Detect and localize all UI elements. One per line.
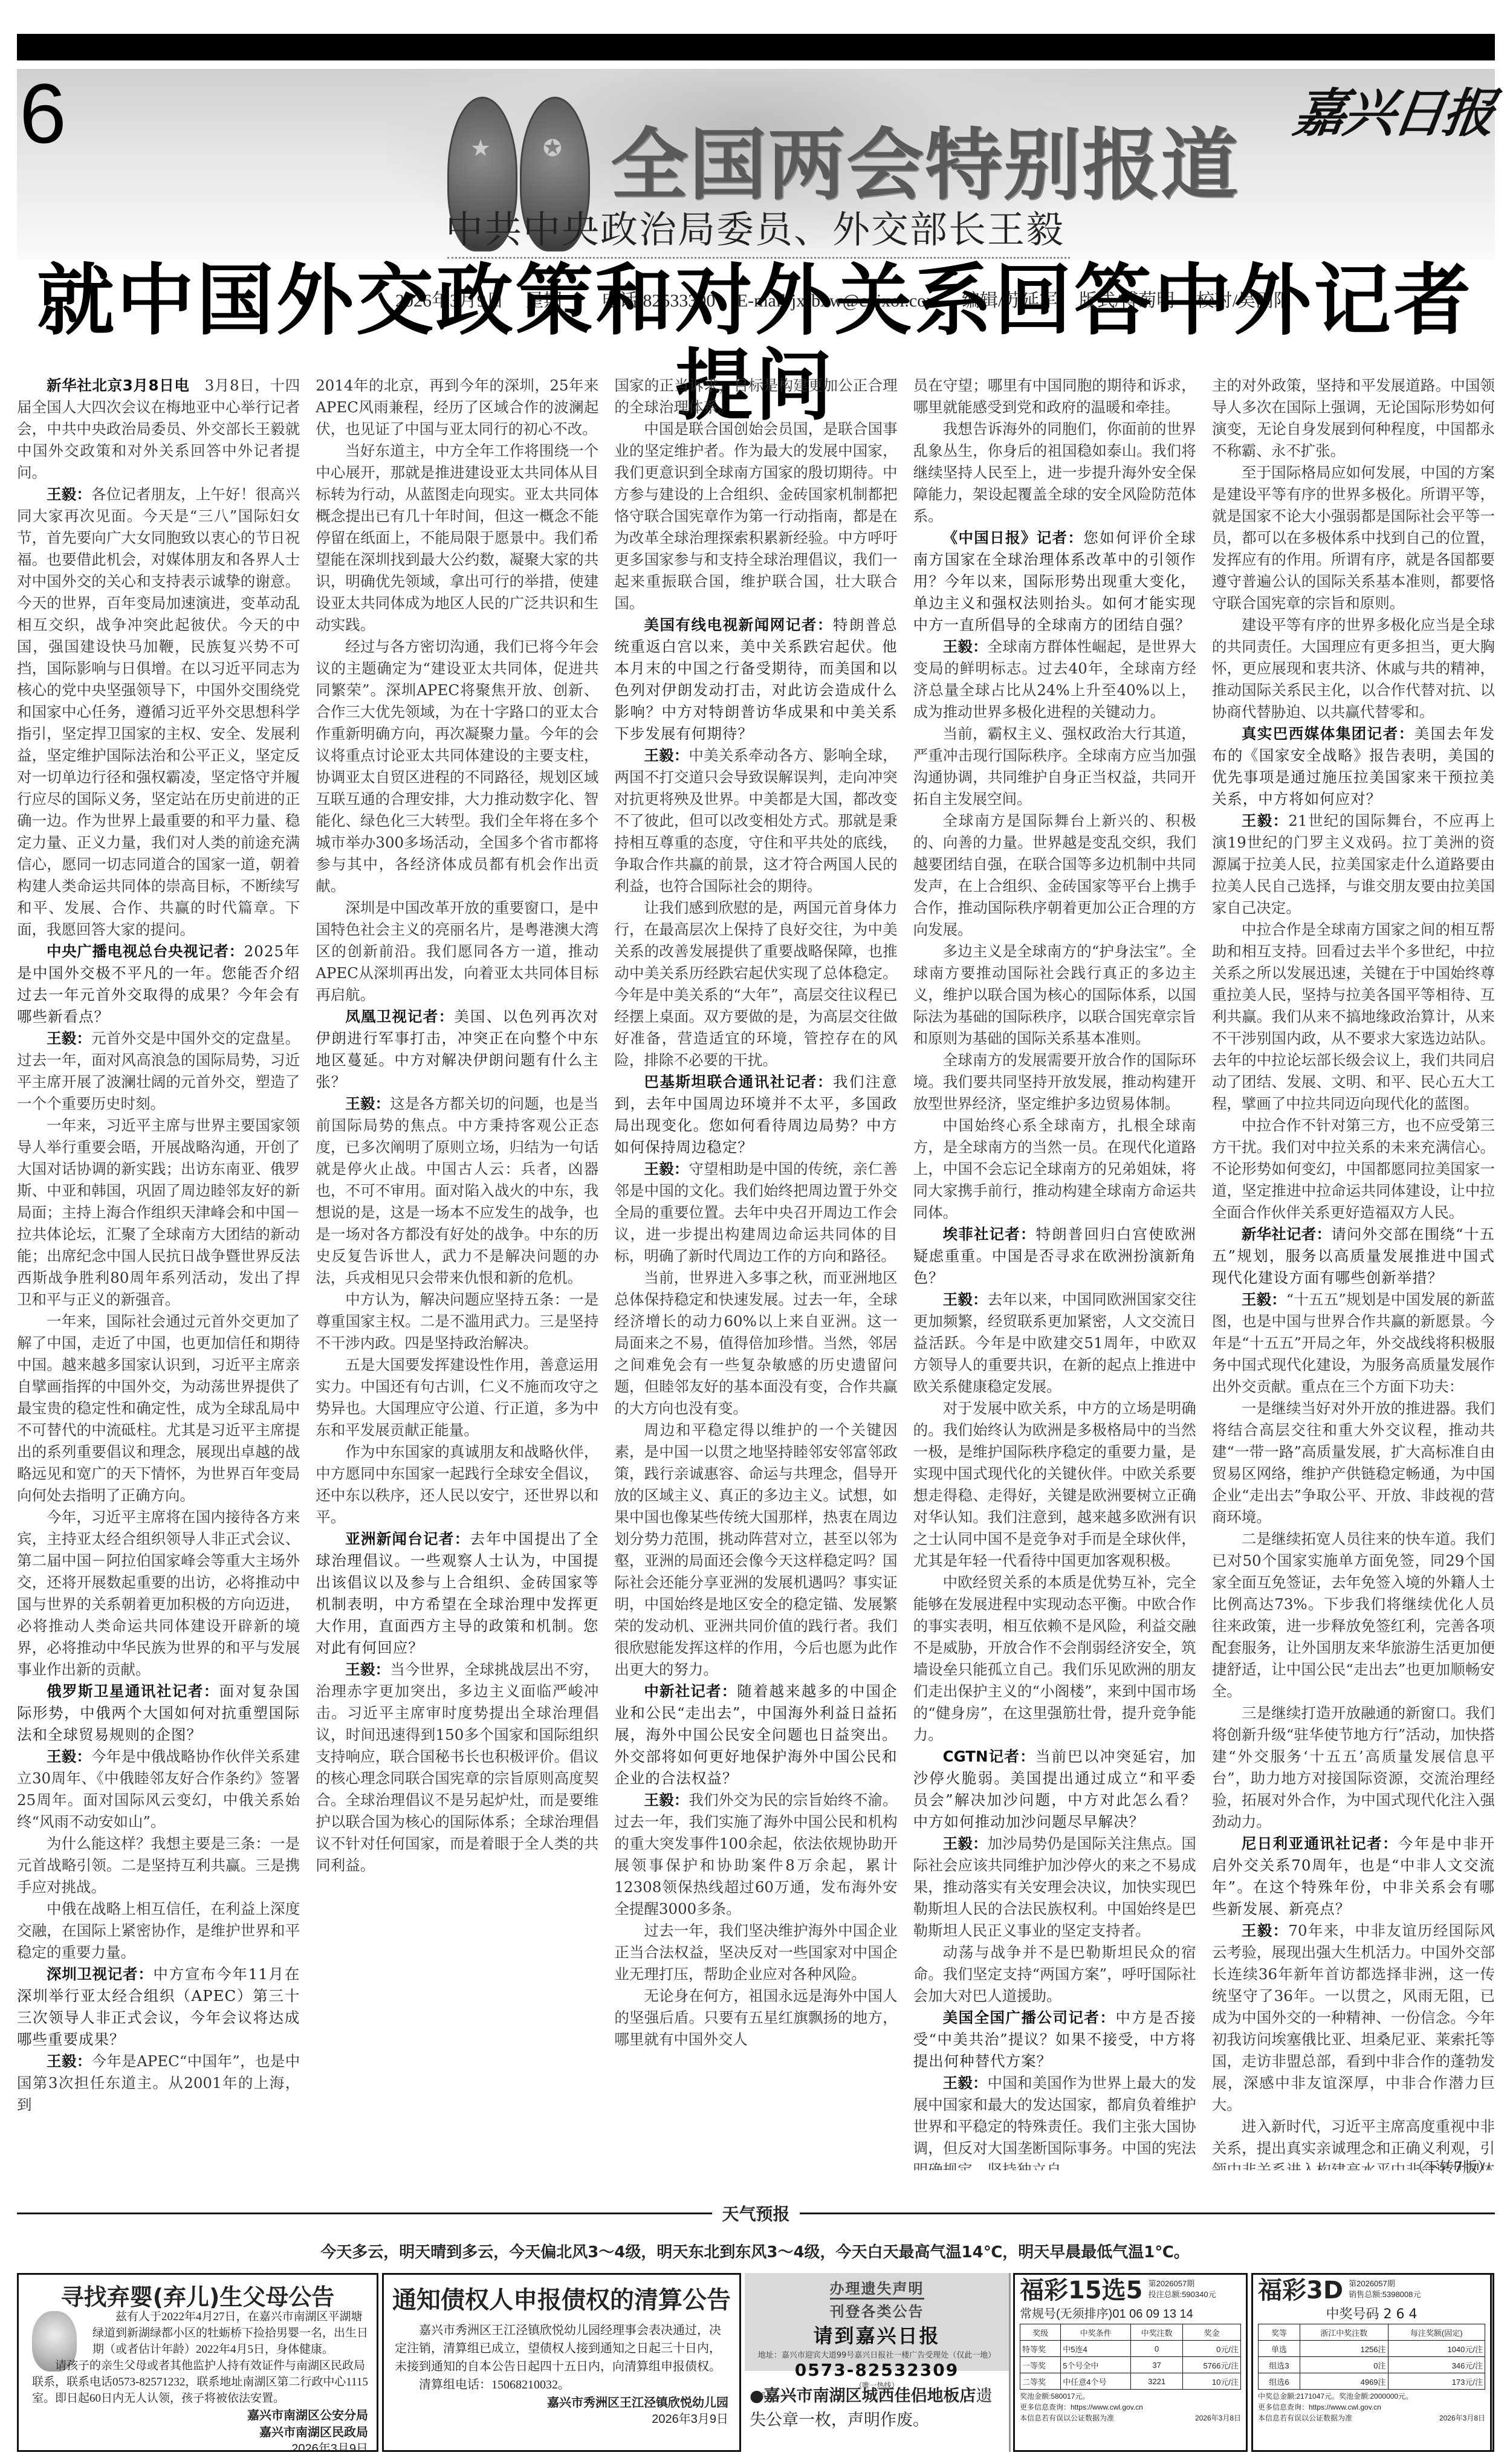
article-paragraph: 王毅：今年是APEC“中国年”，也是中国第3次担任东道主。从2001年的上海，到 bbox=[17, 2051, 300, 2116]
speaker-lead: 新华社记者： bbox=[1242, 1225, 1331, 1243]
winning-numbers: 01 06 09 13 14 bbox=[1112, 2307, 1193, 2321]
paragraph-text: 当今世界，全球挑战层出不穷，治理赤字更加突出，多边主义面临严峻冲击。习近平主席审… bbox=[316, 1661, 598, 1874]
article-paragraph: 王毅：我们外交为民的宗旨始终不渝。过去一年，我们实施了海外中国公民和机构的重大突… bbox=[614, 1789, 897, 1920]
article-body: 新华社北京3月8日电 3月8日，十四届全国人大四次会议在梅地亚中心举行记者会，中… bbox=[17, 375, 1495, 2170]
article-paragraph: 三是继续打造开放融通的新窗口。我们将创新升级“驻华使节地方行”活动，加快搭建“外… bbox=[1212, 1702, 1495, 1833]
article-paragraph: 我想告诉海外的同胞们，你面前的世界乱象丛生，你身后的祖国稳如泰山。我们将继续坚持… bbox=[913, 418, 1196, 527]
article-paragraph: 王毅：当今世界，全球挑战层出不穷，治理赤字更加突出，多边主义面临严峻冲击。习近平… bbox=[316, 1659, 598, 1876]
table-row: 二等奖中任意4个号322110元/注 bbox=[1020, 2373, 1241, 2390]
reporter-question: 埃菲社记者：特朗普回归白宫使欧洲疑虑重重。中国是否寻求在欧洲扮演新角色？ bbox=[913, 1224, 1196, 1289]
disclaimer: 本信息若有误以公证数据为准 bbox=[1020, 2413, 1114, 2423]
paragraph-text: 二是继续拓宽人员往来的快车道。我们已对50个国家实施单方面免签，同29个国家全面… bbox=[1212, 1530, 1495, 1700]
article-paragraph: 王毅：加沙局势仍是国际关注焦点。国际社会应该共同维护加沙停火的来之不易成果，推动… bbox=[913, 1833, 1196, 1942]
reporter-question: 中央广播电视总台央视记者：2025年是中国外交极不平凡的一年。您能否介绍过去一年… bbox=[17, 941, 300, 1028]
article-paragraph: 二是继续拓宽人员往来的快车道。我们已对50个国家实施单方面免签，同29个国家全面… bbox=[1212, 1528, 1495, 1702]
signer: 嘉兴市南湖区公安分局 bbox=[32, 2407, 368, 2423]
speaker-lead: 王毅： bbox=[943, 2074, 988, 2092]
article-paragraph: 中国是联合国创始会员国，是联合国事业的坚定维护者。作为最大的发展中国家，我们更意… bbox=[614, 418, 897, 614]
speaker-lead: 王毅： bbox=[943, 1835, 988, 1852]
notice-title: 寻找弃婴(弃儿)生父母公告 bbox=[19, 2278, 377, 2312]
article-paragraph: 员在守望；哪里有中国同胞的期待和诉求，哪里就能感受到党和政府的温暖和牵挂。 bbox=[913, 375, 1196, 418]
newspaper-ad-column: 办理遗失声明 刊登各类公告 请到嘉兴日报 地址：嘉兴市迎宾大道99号嘉兴日报社一… bbox=[745, 2273, 1011, 2452]
reporter-question: 中新社记者：随着越来越多的中国企业和公民“走出去”，中国海外利益日益拓展，海外中… bbox=[614, 1681, 897, 1789]
article-paragraph: 深圳是中国改革开放的重要窗口，是中国特色社会主义的亮丽名片，是粤港澳大湾区的创新… bbox=[316, 897, 598, 1006]
article-paragraph: 一年来，国际社会通过元首外交更加了解了中国，走近了中国，也更加信任和期待中国。越… bbox=[17, 1311, 300, 1506]
notice-title: 通知债权人申报债权的清算公告 bbox=[384, 2281, 739, 2315]
article-paragraph: 王毅：去年以来，中国同欧洲国家交往更加频繁，经贸联系更加紧密，人文交流日益活跃。… bbox=[913, 1289, 1196, 1398]
divider bbox=[800, 2213, 1495, 2214]
col-header: 中奖注数 bbox=[1130, 2324, 1182, 2341]
paragraph-text: 作为中东国家的真诚朋友和战略伙伴，中方愿同中东国家一起践行全球安全倡议，还中东以… bbox=[316, 1443, 598, 1526]
article-column-3: 国家的正当诉求，目标是构建更加公正合理的全球治理体系。中国是联合国创始会员国，是… bbox=[614, 375, 897, 2170]
foundling-notice: 寻找弃婴(弃儿)生父母公告 兹有人于2022年4月27日，在嘉兴市南湖区平湖塘绿… bbox=[17, 2273, 378, 2452]
reporter-question: 尼日利亚通讯社记者：今年是中非开启外交关系70周年，也是“中非人文交流年”。在这… bbox=[1212, 1833, 1495, 1920]
speaker-lead: 王毅： bbox=[1242, 1922, 1289, 1939]
article-paragraph: 过去一年，我们坚决维护海外中国企业正当合法权益，坚决反对一些国家对中国企业无理打… bbox=[614, 1920, 897, 1985]
speaker-lead: 中央广播电视总台央视记者： bbox=[47, 942, 244, 960]
lottery-15x5: 福彩15选5 第2026057期投注总额:590340元 常规号(无须排序)01… bbox=[1013, 2273, 1248, 2452]
article-column-1: 新华社北京3月8日电 3月8日，十四届全国人大四次会议在梅地亚中心举行记者会，中… bbox=[17, 375, 300, 2170]
article-paragraph: 当前，霸权主义、强权政治大行其道，严重冲击现行国际秩序。全球南方应当加强沟通协调… bbox=[913, 723, 1196, 810]
article-paragraph: 当好东道主，中方全年工作将围绕一个中心展开，那就是推进建设亚太共同体从目标转为行… bbox=[316, 440, 598, 636]
reporter-question: CGTN记者：当前巴以冲突延宕，加沙停火脆弱。美国提出通过成立“和平委员会”解决… bbox=[913, 1746, 1196, 1833]
speaker-lead: 埃菲社记者： bbox=[943, 1225, 1036, 1243]
notice-phone: 清算组电话：15068210032。 bbox=[395, 2376, 728, 2394]
paragraph-text: 全球南方是国际舞台上新兴的、积极的、向善的力量。世界越是变乱交织，我们越要团结自… bbox=[913, 812, 1196, 938]
speaker-lead: 真实巴西媒体集团记者： bbox=[1242, 725, 1414, 742]
prize-totals: 中奖总金额:2171047元。奖池金额:2000000元。 bbox=[1258, 2391, 1485, 2402]
article-paragraph: 王毅：70年来，中非友谊历经国际风云考验，展现出强大生机活力。中国外交部长连续3… bbox=[1212, 1920, 1495, 2116]
article-paragraph: 至于国际格局应如何发展，中国的方案是建设平等有序的世界多极化。所谓平等，就是国家… bbox=[1212, 462, 1495, 614]
article-paragraph: 中俄在战略上相互信任，在利益上深度交融，在国际上紧密协作，是维护世界和平稳定的重… bbox=[17, 1898, 300, 1963]
speaker-lead: 王毅： bbox=[47, 1029, 91, 1047]
top-black-bar bbox=[17, 34, 1495, 60]
notice-body: 兹有人于2022年4月27日，在嘉兴市南湖区平湖塘绿道到新湖绿都小区的牡蛎桥下捡… bbox=[32, 2309, 368, 2358]
article-kicker: 中共中央政治局委员、外交部长王毅 bbox=[0, 199, 1510, 253]
prize-table: 奖等浙江中奖注数每注奖额(固定)单选1256注1040元/注组选30注346元/… bbox=[1258, 2324, 1485, 2390]
section-title: 全国两会特别报道 bbox=[611, 127, 1239, 204]
paragraph-text: 今年，习近平主席将在国内接待各方来宾，主持亚太经合组织领导人非正式会议、第二届中… bbox=[17, 1508, 300, 1678]
article-paragraph: 动荡与战争并不是巴勒斯坦民众的宿命。我们坚定支持“两国方案”，呼吁国际社会加大对… bbox=[913, 1942, 1196, 2007]
article-paragraph: 中拉合作不针对第三方，也不应受第三方干扰。我们对中拉关系的未来充满信心。不论形势… bbox=[1212, 1115, 1495, 1224]
article-paragraph: 当前，世界进入多事之秋，而亚洲地区总体保持稳定和快速发展。过去一年，全球经济增长… bbox=[614, 1267, 897, 1419]
article-paragraph: 多边主义是全球南方的“护身法宝”。全球南方要推动国际社会践行真正的多边主义，维护… bbox=[913, 941, 1196, 1049]
article-paragraph: 全球南方是国际舞台上新兴的、积极的、向善的力量。世界越是变乱交织，我们越要团结自… bbox=[913, 810, 1196, 941]
article-paragraph: 王毅：中美关系牵动各方、影响全球，两国不打交道只会导致误解误判，走向冲突对抗更将… bbox=[614, 745, 897, 897]
paragraph-text: 2014年的北京，再到今年的深圳，25年来APEC风雨兼程，经历了区域合作的波澜… bbox=[316, 377, 598, 438]
article-paragraph: 一年来，习近平主席与世界主要国家领导人举行重要会晤，开展战略沟通，开创了大国对话… bbox=[17, 1115, 300, 1311]
newspaper-ad: 办理遗失声明 刊登各类公告 请到嘉兴日报 地址：嘉兴市迎宾大道99号嘉兴日报社一… bbox=[745, 2273, 1009, 2371]
win-label: 中奖号码 bbox=[1326, 2307, 1379, 2322]
speaker-lead: 新华社北京3月8日电 bbox=[47, 377, 190, 394]
col-header: 奖等 bbox=[1259, 2324, 1300, 2341]
prize-table: 奖级中奖条件中奖注数奖金 特等奖中5连400元/注 一等奖5个号全中375766… bbox=[1020, 2324, 1241, 2390]
article-paragraph: 中欧经贸关系的本质是优势互补，完全能够在发展进程中实现动态平衡。中欧合作的事实表… bbox=[913, 1572, 1196, 1746]
reporter-question: 《中国日报》记者：您如何评价全球南方国家在全球治理体系改革中的引领作用？今年以来… bbox=[913, 527, 1196, 636]
lottery-sales: 投注总额:590340元 bbox=[1149, 2289, 1216, 2300]
paragraph-text: 过去一年，我们坚决维护海外中国企业正当合法权益，坚决反对一些国家对中国企业无理打… bbox=[614, 1922, 897, 1983]
paragraph-text: 中欧经贸关系的本质是优势互补，完全能够在发展进程中实现动态平衡。中欧合作的事实表… bbox=[913, 1574, 1196, 1743]
weather-header: 天气预报 bbox=[17, 2203, 1495, 2222]
paragraph-text: 70年来，中非友谊历经国际风云考验，展现出强大生机活力。中国外交部长连续36年新… bbox=[1212, 1922, 1495, 2113]
table-row: 组选30注346元/注 bbox=[1259, 2357, 1485, 2373]
article-paragraph: 中方认为，解决问题应坚持五条：一是尊重国家主权。二是不滥用武力。三是坚持不干涉内… bbox=[316, 1289, 598, 1354]
article-paragraph: 王毅：中国和美国作为世界上最大的发展中国家和最大的发达国家，都肩负着维护世界和平… bbox=[913, 2072, 1196, 2170]
table-row: 特等奖中5连400元/注 bbox=[1020, 2341, 1241, 2357]
newspaper-logo: 嘉兴日报 bbox=[1289, 71, 1498, 146]
article-paragraph: 全球南方的发展需要开放合作的国际环境。我们要共同坚持开放发展，推动构建开放型世界… bbox=[913, 1049, 1196, 1115]
paragraph-text: 中国是联合国创始会员国，是联合国事业的坚定维护者。作为最大的发展中国家，我们更意… bbox=[614, 420, 897, 612]
paragraph-text: 中美关系牵动各方、影响全球，两国不打交道只会导致误解误判，走向冲突对抗更将殃及世… bbox=[614, 747, 897, 895]
article-paragraph: 王毅：各位记者朋友，上午好！很高兴同大家再次见面。今天是“三八”国际妇女节，首先… bbox=[17, 484, 300, 941]
speaker-lead: 王毅： bbox=[1242, 812, 1289, 829]
paragraph-text: 这是各方都关切的问题，也是当前国际局势的焦点。中方秉持客观公正态度，已多次阐明了… bbox=[316, 1095, 598, 1286]
draw-date: 2026年3月8日 bbox=[1195, 2413, 1241, 2423]
ad-address: 地址：嘉兴市迎宾大道99号嘉兴日报社一楼广告受理处（仅此一地） bbox=[752, 2349, 1002, 2360]
article-column-4: 员在守望；哪里有中国同胞的期待和诉求，哪里就能感受到党和政府的温暖和牵挂。我想告… bbox=[913, 375, 1196, 2170]
speaker-lead: 王毅： bbox=[47, 485, 91, 503]
ad-line: 刊登各类公告 bbox=[830, 2298, 924, 2321]
table-row: 组选64969注173元/注 bbox=[1259, 2373, 1485, 2390]
paragraph-text: 中俄在战略上相互信任，在利益上深度交融，在国际上紧密协作，是维护世界和平稳定的重… bbox=[17, 1900, 300, 1961]
lottery-title: 福彩3D bbox=[1258, 2278, 1343, 2303]
article-column-2: 2014年的北京，再到今年的深圳，25年来APEC风雨兼程，经历了区域合作的波澜… bbox=[316, 375, 598, 2170]
notice-date: 2026年3月9日 bbox=[32, 2440, 368, 2452]
speaker-lead: 王毅： bbox=[47, 1748, 91, 1765]
paragraph-text: 建设平等有序的世界多极化应当是全球的共同责任。大国理应有更多担当，更大胸怀，更应… bbox=[1212, 616, 1495, 721]
paragraph-text: 中拉合作不针对第三方，也不应受第三方干扰。我们对中拉关系的未来充满信心。不论形势… bbox=[1212, 1117, 1495, 1221]
paragraph-text: 中拉合作是全球南方国家之间的相互帮助和相互支持。回看过去半个多世纪，中拉关系之所… bbox=[1212, 921, 1495, 1112]
reporter-question: 俄罗斯卫星通讯社记者：面对复杂国际形势，中俄两个大国如何对抗重塑国际法和全球贸易… bbox=[17, 1681, 300, 1746]
article-paragraph: 2014年的北京，再到今年的深圳，25年来APEC风雨兼程，经历了区域合作的波澜… bbox=[316, 375, 598, 440]
paragraph-text: 周边和平稳定得以维护的一个关键因素，是中国一以贯之地坚持睦邻安邻富邻政策，践行亲… bbox=[614, 1421, 897, 1678]
article-paragraph: 王毅：今年是中俄战略协作伙伴关系建立30周年、《中俄睦邻友好合作条约》签署25周… bbox=[17, 1746, 300, 1833]
paragraph-text: 特朗普总统重返白宫以来，美中关系跌宕起伏。他本月末的中国之行备受期待，而美国和以… bbox=[614, 616, 897, 742]
reporter-question: 亚洲新闻台记者：去年中国提出了全球治理倡议。一些观察人士认为，中国提出该倡议以及… bbox=[316, 1528, 598, 1659]
reporter-question: 新华社记者：请问外交部在围绕“十五五”规划，服务以高质量发展推进中国式现代化建设… bbox=[1212, 1224, 1495, 1289]
article-paragraph: 五是大国要发挥建设性作用，善意运用实力。中国还有句古训，仁义不施而攻守之势异也。… bbox=[316, 1354, 598, 1441]
paragraph-text: 一年来，国际社会通过元首外交更加了解了中国，走近了中国，也更加信任和期待中国。越… bbox=[17, 1312, 300, 1504]
more-info-link: 更多信息查询：https://www.cwl.gov.cn bbox=[1020, 2402, 1241, 2413]
article-paragraph: 中国始终心系全球南方，扎根全球南方，是全球南方的当然一员。在现代化道路上，中国不… bbox=[913, 1115, 1196, 1224]
lottery-sales: 销售总额:5398008元 bbox=[1349, 2289, 1421, 2300]
lottery-issue: 第2026057期 bbox=[1149, 2278, 1216, 2289]
weather-forecast: 今天多云，明天晴到多云，今天偏北风3～4级，明天东北到东风3～4级，今天白天最高… bbox=[0, 2240, 1510, 2262]
paragraph-text: 当好东道主，中方全年工作将围绕一个中心展开，那就是推进建设亚太共同体从目标转为行… bbox=[316, 442, 598, 634]
paragraph-text: 去年中国提出了全球治理倡议。一些观察人士认为，中国提出该倡议以及参与上合组织、金… bbox=[316, 1530, 598, 1656]
speaker-lead: 王毅： bbox=[644, 1160, 689, 1178]
col-header: 奖金 bbox=[1183, 2324, 1241, 2341]
article-paragraph: 为什么能这样？我想主要是三条：一是元首战略引领。二是坚持互利共赢。三是携手应对挑… bbox=[17, 1833, 300, 1898]
paragraph-text: 动荡与战争并不是巴勒斯坦民众的宿命。我们坚定支持“两国方案”，呼吁国际社会加大对… bbox=[913, 1944, 1196, 2005]
paragraph-text: 无论身在何方，祖国永远是海外中国人的坚强后盾。只要有五星红旗飘扬的地方，哪里就有… bbox=[614, 1987, 897, 2048]
paragraph-text: 当前，霸权主义、强权政治大行其道，严重冲击现行国际秩序。全球南方应当加强沟通协调… bbox=[913, 725, 1196, 808]
lost-notice-name: ●嘉兴市南湖区城西佳侣地板店 bbox=[750, 2387, 976, 2405]
winning-numbers: 2 6 4 bbox=[1384, 2307, 1418, 2322]
paragraph-text: 我想告诉海外的同胞们，你面前的世界乱象丛生，你身后的祖国稳如泰山。我们将继续坚持… bbox=[913, 420, 1196, 525]
speaker-lead: 王毅： bbox=[943, 1291, 988, 1308]
page-number: 6 bbox=[19, 71, 66, 156]
speaker-lead: 深圳卫视记者： bbox=[47, 1965, 153, 1983]
reporter-question: 美国有线电视新闻网记者：特朗普总统重返白宫以来，美中关系跌宕起伏。他本月末的中国… bbox=[614, 614, 897, 745]
article-paragraph: 中拉合作是全球南方国家之间的相互帮助和相互支持。回看过去半个多世纪，中拉关系之所… bbox=[1212, 919, 1495, 1115]
paragraph-text: 员在守望；哪里有中国同胞的期待和诉求，哪里就能感受到党和政府的温暖和牵挂。 bbox=[913, 377, 1196, 416]
paragraph-text: 至于国际格局应如何发展，中国的方案是建设平等有序的世界多极化。所谓平等，就是国家… bbox=[1212, 464, 1495, 612]
article-paragraph: 王毅：元首外交是中国外交的定盘星。过去一年，面对风高浪急的国际局势，习近平主席开… bbox=[17, 1028, 300, 1115]
speaker-lead: 《中国日报》记者： bbox=[943, 529, 1084, 546]
table-row: 一等奖5个号全中375766元/注 bbox=[1020, 2357, 1241, 2373]
article-paragraph: 一是继续当好对外开放的推进器。我们将结合高层交往和重大外交议程，推动共建“一带一… bbox=[1212, 1398, 1495, 1528]
paragraph-text: 让我们感到欣慰的是，两国元首身体力行，在最高层次上保持了良好交往，为中美关系的改… bbox=[614, 899, 897, 1069]
col-header: 浙江中奖注数 bbox=[1300, 2324, 1388, 2341]
article-paragraph: 国家的正当诉求，目标是构建更加公正合理的全球治理体系。 bbox=[614, 375, 897, 418]
paragraph-text: 全球南方的发展需要开放合作的国际环境。我们要共同坚持开放发展，推动构建开放型世界… bbox=[913, 1051, 1196, 1112]
speaker-lead: CGTN记者： bbox=[943, 1748, 1035, 1765]
col-header: 中奖条件 bbox=[1061, 2324, 1131, 2341]
paragraph-text: 经过与各方密切沟通，我们已将今年会议的主题确定为“建设亚太共同体，促进共同繁荣”… bbox=[316, 638, 598, 895]
lottery-issue: 第2026057期 bbox=[1349, 2278, 1421, 2289]
speaker-lead: 俄罗斯卫星通讯社记者： bbox=[47, 1682, 219, 1700]
paragraph-text: 国家的正当诉求，目标是构建更加公正合理的全球治理体系。 bbox=[614, 377, 897, 416]
paragraph-text: 主的对外政策，坚持和平发展道路。中国领导人多次在国际上强调，无论国际形势如何演变… bbox=[1212, 377, 1495, 459]
paragraph-text: 中国始终心系全球南方，扎根全球南方，是全球南方的当然一员。在现代化道路上，中国不… bbox=[913, 1117, 1196, 1221]
paragraph-text: 三是继续打造开放融通的新窗口。我们将创新升级“驻华使节地方行”活动，加快搭建“外… bbox=[1212, 1704, 1495, 1830]
reporter-question: 凤凰卫视记者：美国、以色列再次对伊朗进行军事打击，冲突正在向整个中东地区蔓延。中… bbox=[316, 1006, 598, 1093]
paragraph-text: 各位记者朋友，上午好！很高兴同大家再次见面。今天是“三八”国际妇女节，首先要向广… bbox=[17, 485, 300, 938]
reporter-question: 真实巴西媒体集团记者：美国去年发布的《国家安全战略》报告表明，美国的优先事项是通… bbox=[1212, 723, 1495, 810]
reporter-question: 深圳卫视记者：中方宣布今年11月在深圳举行亚太经合组织（APEC）第三十三次领导… bbox=[17, 1963, 300, 2051]
notice-body: 请孩子的亲生父母或者其他监护人持有效证件与南湖区民政局联系，联系电话0573-8… bbox=[32, 2358, 368, 2407]
paragraph-text: 当前，世界进入多事之秋，而亚洲地区总体保持稳定和快速发展。过去一年，全球经济增长… bbox=[614, 1269, 897, 1417]
paragraph-text: 五是大国要发挥建设性作用，善意运用实力。中国还有句古训，仁义不施而攻守之势异也。… bbox=[316, 1356, 598, 1439]
article-paragraph: 新华社北京3月8日电 3月8日，十四届全国人大四次会议在梅地亚中心举行记者会，中… bbox=[17, 375, 300, 484]
paragraph-text: 我们外交为民的宗旨始终不渝。过去一年，我们实施了海外中国公民和机构的重大突发事件… bbox=[614, 1791, 897, 1918]
paragraph-text: 多边主义是全球南方的“护身法宝”。全球南方要推动国际社会践行真正的多边主义，维护… bbox=[913, 942, 1196, 1047]
article-paragraph: 王毅：这是各方都关切的问题，也是当前国际局势的焦点。中方秉持客观公正态度，已多次… bbox=[316, 1093, 598, 1289]
signer: 嘉兴市南湖区民政局 bbox=[32, 2423, 368, 2440]
disclaimer: 本信息若有误以公证数据为准 bbox=[1258, 2413, 1352, 2423]
article-paragraph: 王毅：全球南方群体性崛起，是世界大变局的鲜明标志。过去40年，全球南方经济总量全… bbox=[913, 636, 1196, 723]
paragraph-text: 对于发展中欧关系，中方的立场是明确的。我们始终认为欧洲是多极格局中的当然一极，是… bbox=[913, 1399, 1196, 1569]
numbers-label: 常规号(无须排序) bbox=[1020, 2307, 1112, 2321]
ad-line: 请到嘉兴日报 bbox=[752, 2321, 1002, 2349]
more-info-link: 更多信息查询：https://www.cwl.gov.cn bbox=[1258, 2402, 1485, 2413]
paragraph-text: 中方认为，解决问题应坚持五条：一是尊重国家主权。二是不滥用武力。三是坚持不干涉内… bbox=[316, 1291, 598, 1352]
col-header: 奖级 bbox=[1020, 2324, 1061, 2341]
article-paragraph: 作为中东国家的真诚朋友和战略伙伴，中方愿同中东国家一起践行全球安全倡议，还中东以… bbox=[316, 1441, 598, 1528]
notice-body: 嘉兴市秀洲区王江泾镇欣悦幼儿园经理事会表决通过，决定注销，清算组已成立，望债权人… bbox=[395, 2321, 728, 2376]
signer: 嘉兴市秀洲区王江泾镇欣悦幼儿园 bbox=[395, 2394, 728, 2411]
speaker-lead: 凤凰卫视记者： bbox=[345, 1008, 454, 1025]
article-paragraph: 让我们感到欣慰的是，两国元首身体力行，在最高层次上保持了良好交往，为中美关系的改… bbox=[614, 897, 897, 1071]
article-column-5: 主的对外政策，坚持和平发展道路。中国领导人多次在国际上强调，无论国际形势如何演变… bbox=[1212, 375, 1495, 2170]
lottery-title: 福彩15选5 bbox=[1020, 2278, 1143, 2303]
col-header: 每注奖额(固定) bbox=[1388, 2324, 1485, 2341]
paragraph-text: 一年来，习近平主席与世界主要国家领导人举行重要会晤，开展战略沟通，开创了大国对话… bbox=[17, 1117, 300, 1308]
notice-date: 2026年3月9日 bbox=[395, 2411, 728, 2428]
article-paragraph: 无论身在何方，祖国永远是海外中国人的坚强后盾。只要有五星红旗飘扬的地方，哪里就有… bbox=[614, 1985, 897, 2051]
article-paragraph: 主的对外政策，坚持和平发展道路。中国领导人多次在国际上强调，无论国际形势如何演变… bbox=[1212, 375, 1495, 462]
table-row: 单选1256注1040元/注 bbox=[1259, 2341, 1485, 2357]
article-paragraph: 今年，习近平主席将在国内接待各方来宾，主持亚太经合组织领导人非正式会议、第二届中… bbox=[17, 1506, 300, 1681]
speaker-lead: 美国有线电视新闻网记者： bbox=[644, 616, 833, 634]
article-paragraph: 经过与各方密切沟通，我们已将今年会议的主题确定为“建设亚太共同体，促进共同繁荣”… bbox=[316, 636, 598, 897]
continued-note: （下转7版） bbox=[1410, 2155, 1492, 2176]
speaker-lead: 王毅： bbox=[47, 2052, 92, 2070]
article-paragraph: 周边和平稳定得以维护的一个关键因素，是中国一以贯之地坚持睦邻安邻富邻政策，践行亲… bbox=[614, 1419, 897, 1681]
article-paragraph: 王毅：“十五五”规划是中国发展的新蓝图，也是中国与世界合作共赢的新愿景。今年是“… bbox=[1212, 1289, 1495, 1398]
speaker-lead: 王毅： bbox=[943, 638, 988, 655]
ad-line: 办理遗失声明 bbox=[752, 2277, 1002, 2298]
prize-pool: 奖池金额:580017元。 bbox=[1020, 2391, 1241, 2402]
article-paragraph: 王毅：守望相助是中国的传统，亲仁善邻是中国的文化。我们始终把周边置于外交全局的重… bbox=[614, 1158, 897, 1267]
speaker-lead: 王毅： bbox=[345, 1095, 390, 1112]
article-paragraph: 王毅：21世纪的国际舞台，不应再上演19世纪的门罗主义戏码。拉丁美洲的资源属于拉… bbox=[1212, 810, 1495, 919]
paragraph-text: 为什么能这样？我想主要是三条：一是元首战略引领。二是坚持互利共赢。三是携手应对挑… bbox=[17, 1835, 300, 1896]
article-paragraph: 建设平等有序的世界多极化应当是全球的共同责任。大国理应有更多担当，更大胸怀，更应… bbox=[1212, 614, 1495, 723]
speaker-lead: 王毅： bbox=[644, 1791, 689, 1809]
paragraph-text: 一是继续当好对外开放的推进器。我们将结合高层交往和重大外交议程，推动共建“一带一… bbox=[1212, 1399, 1495, 1526]
speaker-lead: 巴基斯坦联合通讯社记者： bbox=[644, 1073, 833, 1091]
speaker-lead: 尼日利亚通讯社记者： bbox=[1242, 1835, 1398, 1852]
speaker-lead: 中新社记者： bbox=[644, 1682, 737, 1700]
article-paragraph: 对于发展中欧关系，中方的立场是明确的。我们始终认为欧洲是多极格局中的当然一极，是… bbox=[913, 1398, 1196, 1572]
speaker-lead: 王毅： bbox=[345, 1661, 390, 1678]
speaker-lead: 王毅： bbox=[644, 747, 689, 764]
speaker-lead: 美国全国广播公司记者： bbox=[943, 2009, 1116, 2026]
reporter-question: 巴基斯坦联合通讯社记者：我们注意到，去年中国周边环境并不太平，多国政局出现变化。… bbox=[614, 1071, 897, 1158]
paragraph-text: 深圳是中国改革开放的重要窗口，是中国特色社会主义的亮丽名片，是粤港澳大湾区的创新… bbox=[316, 899, 598, 1003]
reporter-question: 美国全国广播公司记者：中方是否接受“中美共治”提议？如果不接受，中方将提出何种替… bbox=[913, 2007, 1196, 2072]
speaker-lead: 王毅： bbox=[1242, 1291, 1286, 1308]
liquidation-notice: 通知债权人申报债权的清算公告 嘉兴市秀洲区王江泾镇欣悦幼儿园经理事会表决通过，决… bbox=[382, 2273, 741, 2452]
speaker-lead: 亚洲新闻台记者： bbox=[345, 1530, 470, 1548]
draw-date: 2026年3月8日 bbox=[1439, 2413, 1485, 2423]
lottery-3d-wrapper: 福彩3D 第2026057期销售总额:5398008元 中奖号码 2 6 4 奖… bbox=[1251, 2273, 1492, 2452]
